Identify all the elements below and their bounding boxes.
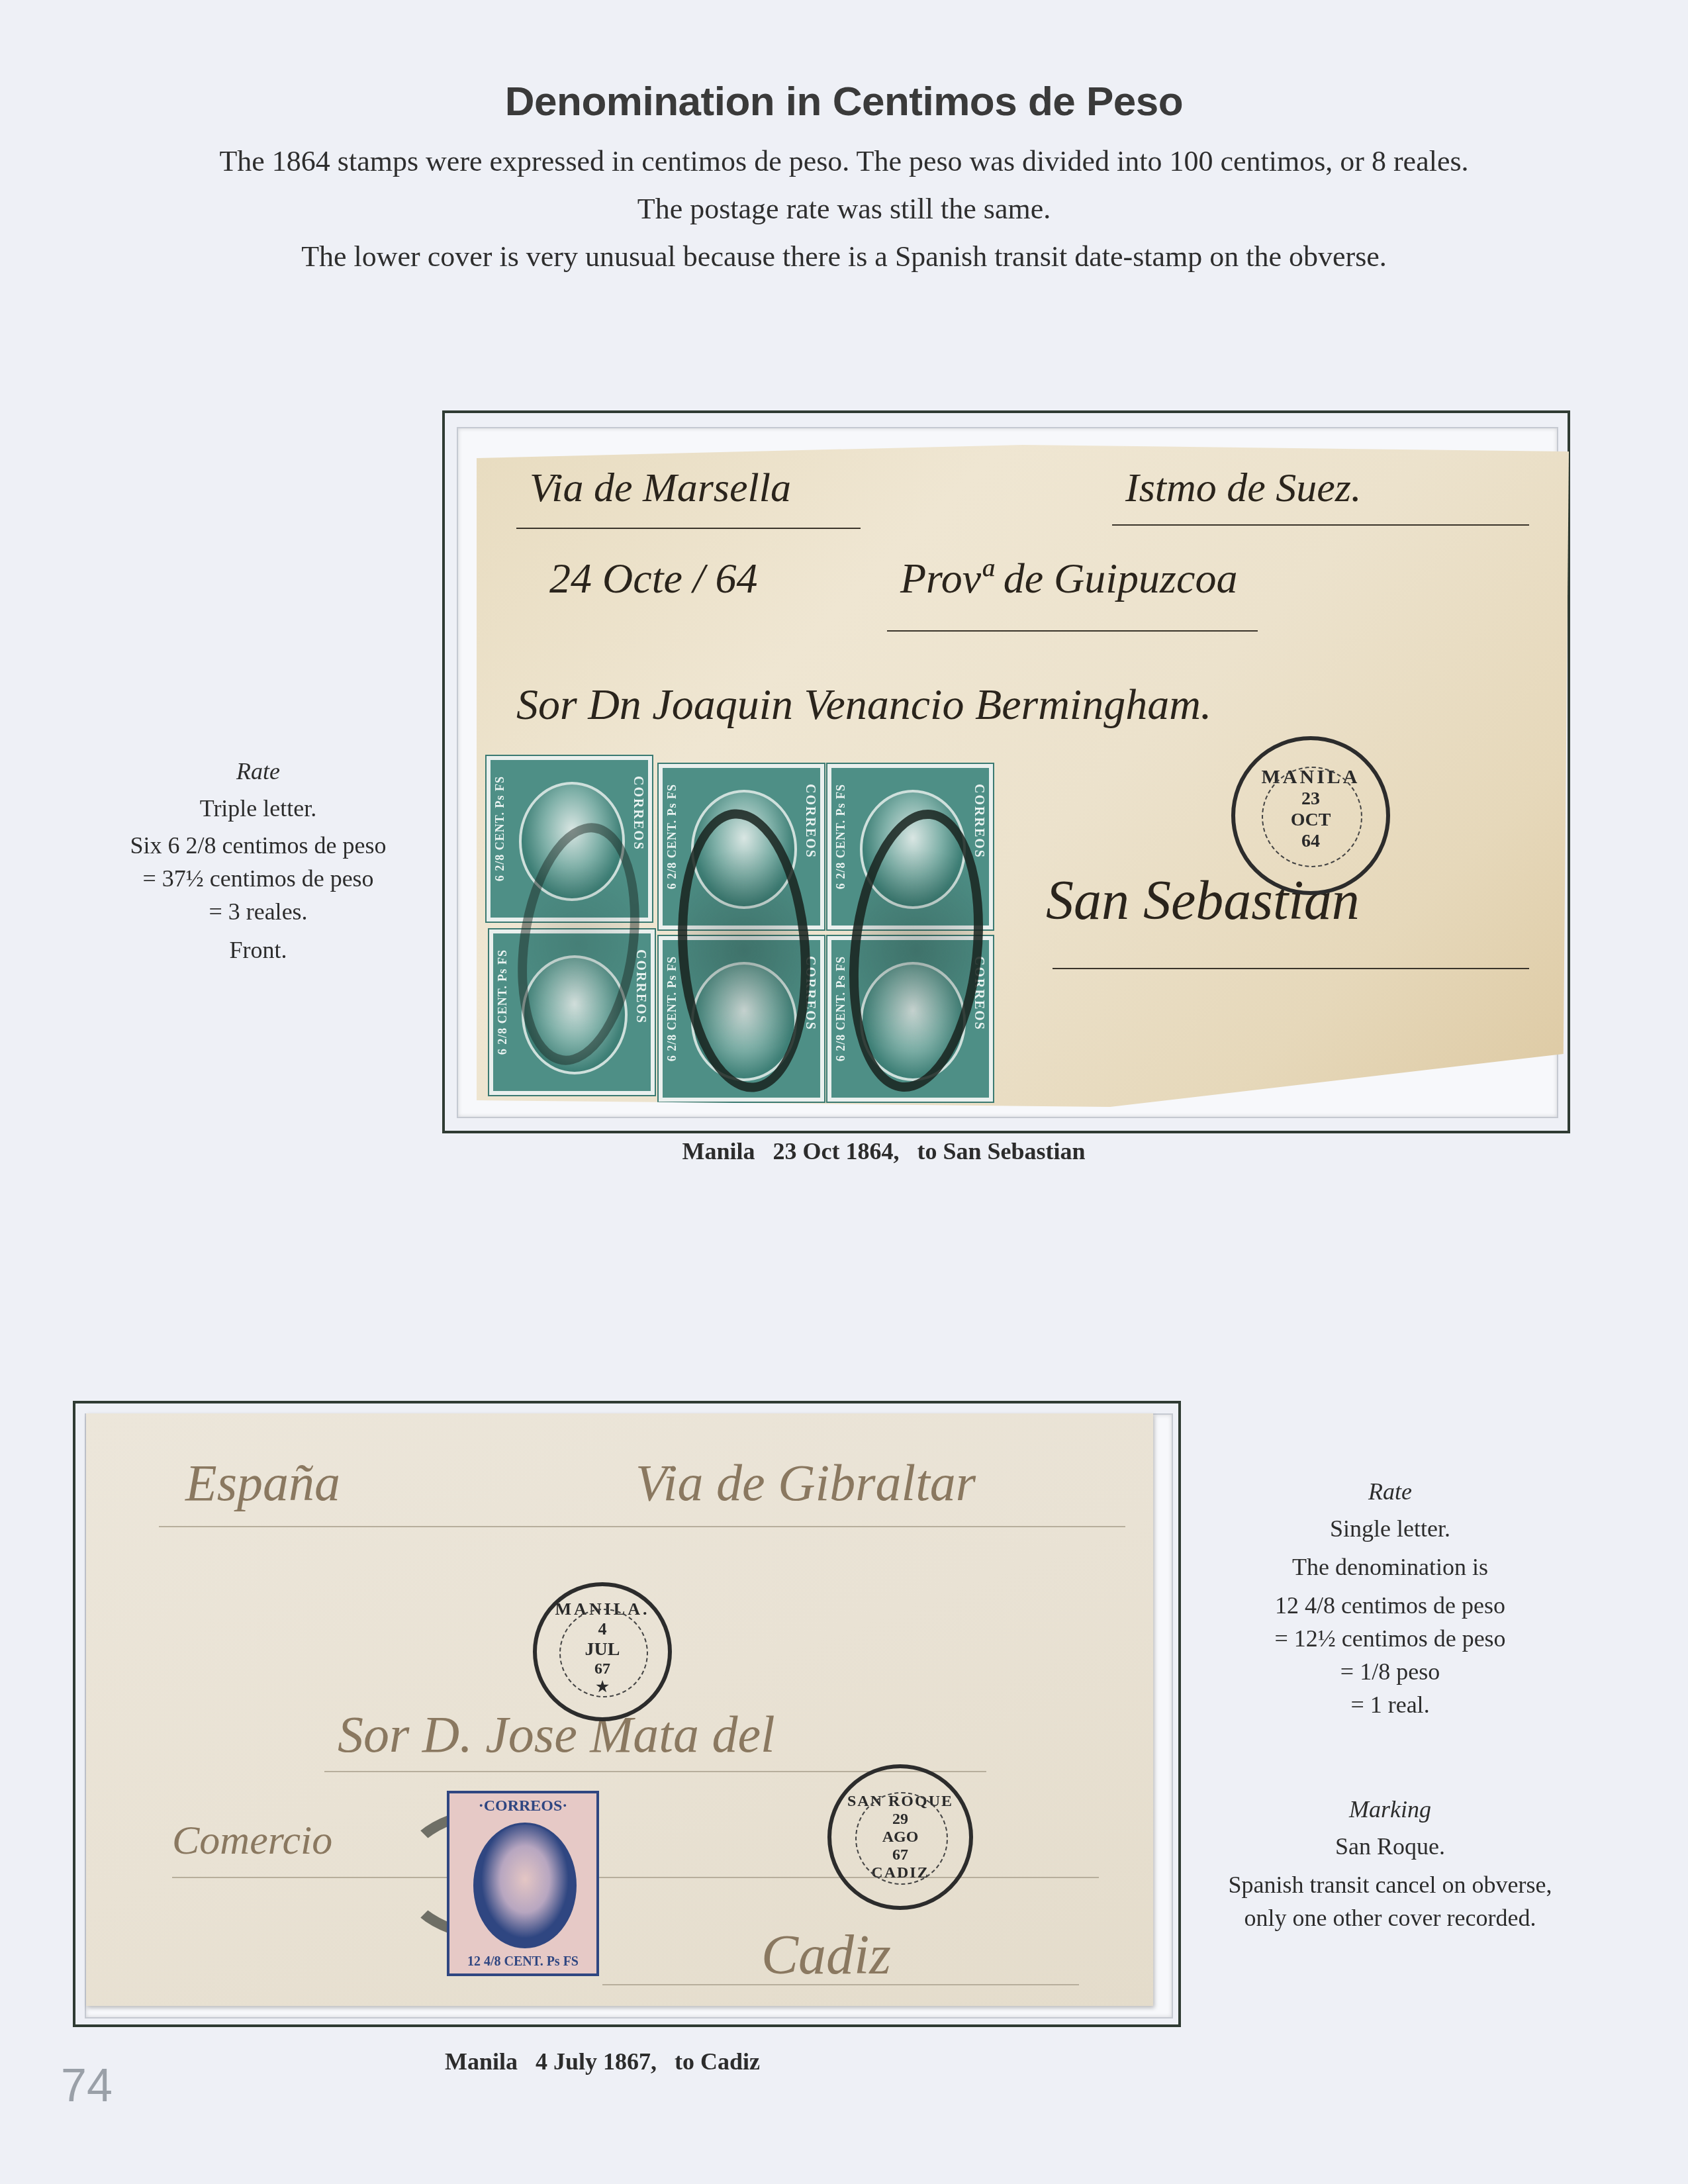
cover1-rate-line: = 3 reales. <box>86 895 430 928</box>
cover2-rate-line: The denomination is <box>1178 1550 1602 1584</box>
cover1-rate-line: Six 6 2/8 centimos de peso <box>86 829 430 862</box>
cover1-manuscript-via: Via de Marsella <box>530 465 791 512</box>
intro-line-3: The lower cover is very unusual because … <box>0 240 1688 273</box>
cover1-underline <box>516 528 861 529</box>
cover1-manuscript-province: Provª de Guipuzcoa <box>900 554 1237 603</box>
cover2-rate-line: = 12½ centimos de peso <box>1178 1622 1602 1655</box>
intro-line-2: The postage rate was still the same. <box>0 192 1688 226</box>
cover2-rate-line: Single letter. <box>1178 1512 1602 1545</box>
cover1-envelope[interactable]: Via de Marsella Istmo de Suez. 24 Octe /… <box>477 445 1569 1107</box>
cover2-marking-line: San Roque. <box>1178 1830 1602 1863</box>
cover1-manuscript-addressee: Sor Dn Joaquin Venancio Bermingham. <box>516 680 1211 730</box>
cover1-underline <box>887 630 1258 632</box>
cover1-underline <box>1112 524 1529 526</box>
cover2-manuscript-via: Via de Gibraltar <box>635 1453 976 1513</box>
cover2-ruled-line <box>159 1526 1125 1527</box>
cover1-rate-line: Triple letter. <box>86 792 430 825</box>
cover2-caption: Manila 4 July 1867, to Cadiz <box>445 2048 760 2075</box>
cover1-stamp-block[interactable]: CORREOS6 2/8 CENT. Ps FS CORREOS6 2/8 CE… <box>480 756 983 1100</box>
cover1-postmark-manila: MANILA 23 OCT 64 <box>1231 736 1390 895</box>
cover2-postmark-san-roque: SAN ROQUE 29 AGO 67 CADIZ <box>827 1764 973 1910</box>
cover2-marking-line: only one other cover recorded. <box>1178 1901 1602 1934</box>
cover1-manuscript-istmo: Istmo de Suez. <box>1125 465 1361 512</box>
cover1-manuscript-date: 24 Octe / 64 <box>549 554 758 603</box>
cover2-manuscript-addressee: Sor D. Jose Mata del <box>338 1705 775 1764</box>
cover1-rate-line: = 37½ centimos de peso <box>86 862 430 895</box>
cover2-envelope[interactable]: España Via de Gibraltar Sor D. Jose Mata… <box>86 1413 1153 2006</box>
cover1-underline <box>1053 968 1529 969</box>
stamp-12-4-8-cent[interactable]: ·CORREOS· 12 4/8 CENT. Ps FS <box>447 1791 599 1976</box>
cover2-manuscript-comercio: Comercio <box>172 1817 332 1864</box>
cover2-postmark-manila: MANILA. 4 JUL 67 ★ <box>533 1582 672 1721</box>
cover2-notes: Rate Single letter. The denomination is … <box>1178 1475 1602 1934</box>
page-title: Denomination in Centimos de Peso <box>0 78 1688 125</box>
cover2-manuscript-city: Cadiz <box>761 1923 891 1987</box>
cover1-notes: Rate Triple letter. Six 6 2/8 centimos d… <box>86 755 430 967</box>
cover2-marking-heading: Marking <box>1178 1793 1602 1826</box>
cover2-rate-heading: Rate <box>1178 1475 1602 1508</box>
cover2-ruled-line <box>602 1984 1079 1985</box>
intro-line-1: The 1864 stamps were expressed in centim… <box>0 144 1688 178</box>
cover2-marking-line: Spanish transit cancel on obverse, <box>1178 1868 1602 1901</box>
cover2-rate-line: = 1 real. <box>1178 1688 1602 1721</box>
cover1-rate-line: Front. <box>86 933 430 967</box>
cover2-rate-line: 12 4/8 centimos de peso <box>1178 1589 1602 1622</box>
cover2-manuscript-espana: España <box>185 1453 340 1513</box>
cover2-rate-line: = 1/8 peso <box>1178 1655 1602 1688</box>
pencil-page-number: 74 <box>61 2059 113 2112</box>
cover1-caption: Manila 23 Oct 1864, to San Sebastian <box>0 1137 1688 1165</box>
cover1-rate-heading: Rate <box>86 755 430 788</box>
